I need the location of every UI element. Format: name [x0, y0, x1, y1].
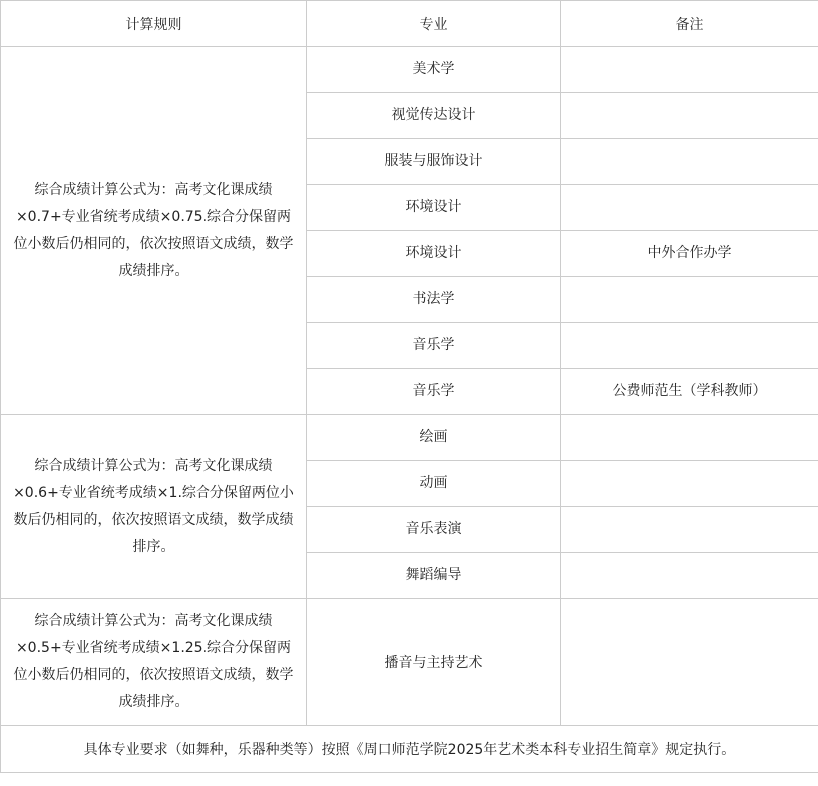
calc-rule-cell: 综合成绩计算公式为：高考文化课成绩×0.6+专业省统考成绩×1.综合分保留两位小…	[1, 415, 307, 599]
major-cell: 音乐学	[307, 369, 561, 415]
header-remarks: 备注	[561, 1, 818, 47]
table-row: 综合成绩计算公式为：高考文化课成绩×0.6+专业省统考成绩×1.综合分保留两位小…	[1, 415, 818, 461]
remarks-cell: 中外合作办学	[561, 231, 818, 277]
major-cell: 美术学	[307, 47, 561, 93]
remarks-cell: 公费师范生（学科教师）	[561, 369, 818, 415]
footer-note: 具体专业要求（如舞种，乐器种类等）按照《周口师范学院2025年艺术类本科专业招生…	[1, 726, 818, 773]
remarks-cell	[561, 553, 818, 599]
calc-rule-cell: 综合成绩计算公式为：高考文化课成绩×0.7+专业省统考成绩×0.75.综合分保留…	[1, 47, 307, 415]
major-cell: 视觉传达设计	[307, 93, 561, 139]
major-cell: 动画	[307, 461, 561, 507]
major-cell: 环境设计	[307, 231, 561, 277]
table-row: 综合成绩计算公式为：高考文化课成绩×0.5+专业省统考成绩×1.25.综合分保留…	[1, 599, 818, 726]
remarks-cell	[561, 599, 818, 726]
remarks-cell	[561, 277, 818, 323]
major-cell: 播音与主持艺术	[307, 599, 561, 726]
header-row: 计算规则 专业 备注	[1, 1, 818, 47]
remarks-cell	[561, 507, 818, 553]
major-cell: 音乐学	[307, 323, 561, 369]
remarks-cell	[561, 415, 818, 461]
major-cell: 音乐表演	[307, 507, 561, 553]
calc-rule-cell: 综合成绩计算公式为：高考文化课成绩×0.5+专业省统考成绩×1.25.综合分保留…	[1, 599, 307, 726]
remarks-cell	[561, 47, 818, 93]
remarks-cell	[561, 139, 818, 185]
header-major: 专业	[307, 1, 561, 47]
remarks-cell	[561, 323, 818, 369]
remarks-cell	[561, 93, 818, 139]
header-calc-rule: 计算规则	[1, 1, 307, 47]
admission-rules-table: 计算规则 专业 备注 综合成绩计算公式为：高考文化课成绩×0.7+专业省统考成绩…	[0, 0, 818, 773]
major-cell: 环境设计	[307, 185, 561, 231]
remarks-cell	[561, 461, 818, 507]
major-cell: 服装与服饰设计	[307, 139, 561, 185]
table-row: 综合成绩计算公式为：高考文化课成绩×0.7+专业省统考成绩×0.75.综合分保留…	[1, 47, 818, 93]
major-cell: 绘画	[307, 415, 561, 461]
remarks-cell	[561, 185, 818, 231]
major-cell: 书法学	[307, 277, 561, 323]
footer-row: 具体专业要求（如舞种，乐器种类等）按照《周口师范学院2025年艺术类本科专业招生…	[1, 726, 818, 773]
major-cell: 舞蹈编导	[307, 553, 561, 599]
